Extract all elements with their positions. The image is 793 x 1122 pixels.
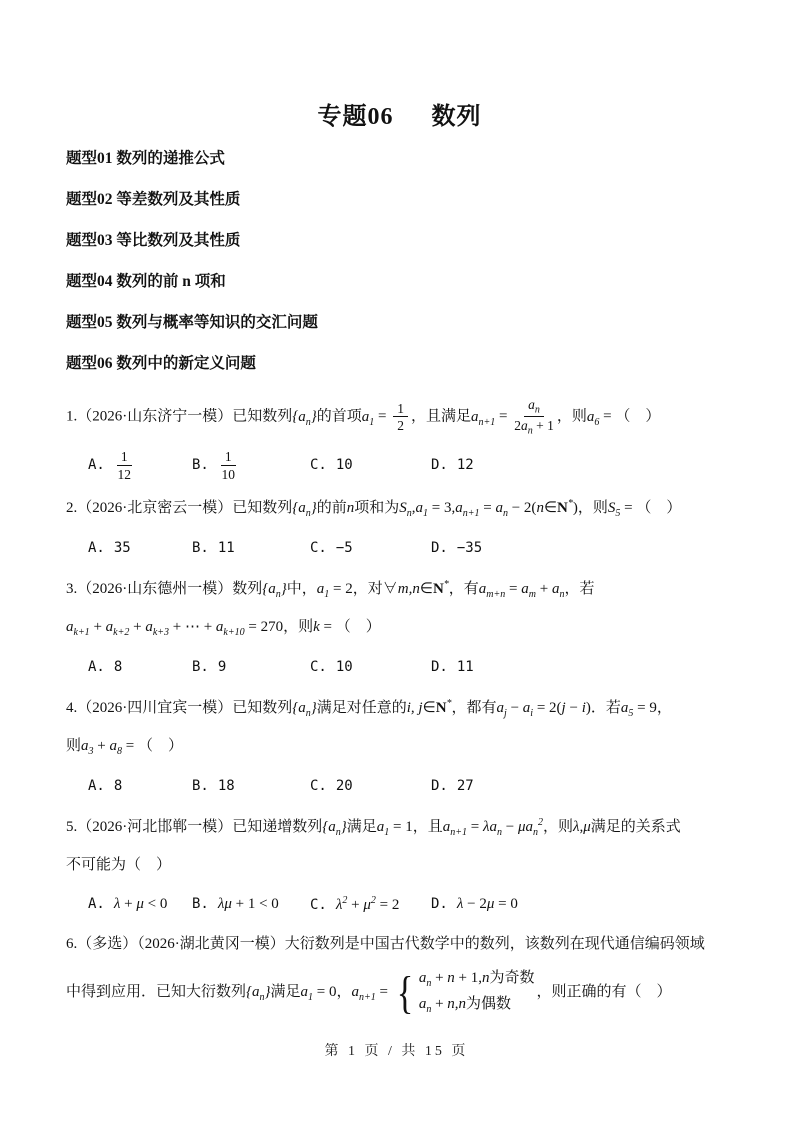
question-5-option-b: B.λμ + 1 < 0 [192, 896, 310, 913]
math-subscripted: an+1 [455, 500, 479, 516]
math-num: = 3, [428, 500, 455, 516]
text-run: 中得到应用．已知大衍数列 [66, 984, 246, 1000]
text-run: ，则 [578, 500, 608, 516]
option-label: A. [88, 457, 105, 473]
text-run: 不可能为（ ） [66, 857, 171, 873]
option-label: B. [192, 778, 209, 794]
math-subscripted: an [419, 996, 432, 1012]
question-4-option-c: C.20 [310, 778, 431, 795]
math-num: + [90, 619, 106, 635]
math-num: = [122, 738, 138, 754]
question-3-line-2: ak+1 + ak+2 + ak+3 + ⋯ + ak+10 = 270，则k … [66, 615, 733, 642]
math-num: = [505, 581, 521, 597]
option-value: 10 [336, 457, 353, 473]
text-run: ，且 [413, 819, 443, 835]
option-label: B. [192, 540, 209, 556]
question-1-line-1: 1.（2026·山东济宁一模）已知数列{an}的首项a1 = 12，且满足an+… [66, 397, 733, 437]
text-run: ，对 [353, 581, 383, 597]
math-num: + [431, 970, 447, 986]
option-number: 18 [218, 778, 235, 794]
math-num: + [94, 738, 110, 754]
text-run: 5.（2026·河北邯郸一模）已知递增数列 [66, 819, 322, 835]
math-num: − [566, 700, 582, 716]
section-heading-06: 题型06 数列中的新定义问题 [66, 356, 733, 372]
option-number: 8 [114, 659, 122, 675]
question-3-line-1: 3.（2026·山东德州一模）数列{an}中，a1 = 2，对∀m,n∈N*，有… [66, 577, 733, 604]
math-num: 2 [397, 418, 404, 433]
question-2-option-b: B.11 [192, 540, 310, 557]
option-number: 10 [336, 659, 353, 675]
option-value: 8 [114, 659, 122, 675]
math-subscripted: an [495, 500, 508, 516]
math-var: m,n [398, 581, 420, 597]
math-fraction: 112 [117, 449, 132, 482]
section-heading-02: 题型02 等差数列及其性质 [66, 192, 733, 208]
math-var: λμ [218, 896, 232, 912]
text-run: （ ） [138, 738, 183, 754]
math-subscripted: an [298, 700, 311, 716]
math-subscripted: am [521, 581, 536, 597]
math-fraction: 12 [393, 401, 408, 434]
math-num: ∀ [383, 581, 398, 597]
math-fraction: an2an + 1 [514, 397, 554, 437]
option-number: 20 [336, 778, 353, 794]
text-run: （ ） [615, 409, 660, 425]
option-label: B. [192, 457, 209, 473]
math-var: n [459, 996, 467, 1012]
question-6: 6.（多选）（2026·湖北黄冈一模）大衍数列是中国古代数学中的数列，该数列在现… [66, 932, 733, 1016]
math-subscripted: an [298, 500, 311, 516]
math-subscripted: ak+3 [145, 619, 169, 635]
math-num: = 9 [633, 700, 656, 716]
text-run: 则 [66, 738, 81, 754]
option-value: 11 [457, 659, 474, 675]
section-list: 题型01 数列的递推公式 题型02 等差数列及其性质 题型03 等比数列及其性质… [66, 151, 733, 372]
math-var: k [313, 619, 320, 635]
math-subscripted: μ2 [363, 897, 376, 913]
text-run: 4.（2026·四川宜宾一模）已知数列 [66, 700, 292, 716]
math-subscripted: an+1 [471, 409, 495, 425]
math-subscripted: λ2 [336, 897, 348, 913]
option-label: C. [310, 540, 327, 556]
option-number: 27 [457, 778, 474, 794]
option-number: 9 [218, 659, 226, 675]
question-4-option-a: A.8 [88, 778, 192, 795]
title-subject: 数列 [432, 104, 482, 130]
math-num: 10 [221, 467, 235, 482]
text-run: 6.（多选）（2026·湖北黄冈一模）大衍数列是中国古代数学中的数列，该数列在现… [66, 936, 705, 952]
math-subscripted: an [328, 819, 341, 835]
math-num: − 2( [508, 500, 536, 516]
math-subscripted: ai [523, 700, 533, 716]
option-value: λμ + 1 < 0 [218, 896, 279, 912]
option-number: 35 [114, 540, 131, 556]
question-6-line-2: 中得到应用．已知大衍数列{an}满足a1 = 0，an+1 = {an + n … [66, 969, 733, 1016]
math-subscripted: N* [436, 700, 452, 716]
question-5: 5.（2026·河北邯郸一模）已知递增数列{an}满足a1 = 1，且an+1 … [66, 815, 733, 918]
option-number: 8 [114, 778, 122, 794]
math-subscripted: an [252, 984, 265, 1000]
math-num: 1 [397, 401, 404, 416]
option-number: 10 [336, 457, 353, 473]
option-value: 11 [218, 540, 235, 556]
option-value: λ2 + μ2 = 2 [336, 897, 399, 913]
text-run: ，则正确的有（ ） [537, 984, 672, 1000]
math-num: = 0 [494, 896, 517, 912]
text-run: 项和为 [354, 500, 399, 516]
option-value: −35 [457, 540, 482, 556]
math-subscripted: a1 [362, 409, 375, 425]
text-run: ，有 [449, 581, 479, 597]
math-subscripted: a1 [377, 819, 390, 835]
math-subscripted: an [489, 819, 502, 835]
math-num: = 2( [533, 700, 561, 716]
math-var: λ,μ [573, 819, 591, 835]
math-subscripted: aj [497, 700, 507, 716]
math-num: + 1 < 0 [232, 896, 279, 912]
math-subscripted: an [552, 581, 565, 597]
text-run: ，则 [283, 619, 313, 635]
option-value: 8 [114, 778, 122, 794]
question-1-options: A.112 B.110 C.10 D.12 [66, 449, 733, 482]
math-num: = [376, 984, 392, 1000]
math-subscripted: Sn [399, 500, 412, 516]
math-subscripted: a6 [587, 409, 600, 425]
option-value: 27 [457, 778, 474, 794]
math-subscripted: a3 [81, 738, 94, 754]
math-num: + [347, 897, 363, 913]
text-run: 为奇数 [490, 970, 535, 986]
math-num: = [374, 409, 390, 425]
question-5-line-2: 不可能为（ ） [66, 853, 733, 878]
text-run: 满足 [271, 984, 301, 1000]
math-num: = [480, 500, 496, 516]
option-number: −5 [336, 540, 353, 556]
option-value: 112 [114, 457, 135, 473]
option-value: λ + μ < 0 [114, 896, 167, 912]
question-5-line-1: 5.（2026·河北邯郸一模）已知递增数列{an}满足a1 = 1，且an+1 … [66, 815, 733, 842]
math-subscripted: an [268, 581, 281, 597]
math-var: n [447, 996, 455, 1012]
math-subscripted: N* [557, 500, 573, 516]
question-5-options: A.λ + μ < 0 B.λμ + 1 < 0 C.λ2 + μ2 = 2 D… [66, 890, 733, 918]
page-footer: 第 1 页 / 共 15 页 [0, 1040, 793, 1060]
option-number: 12 [457, 457, 474, 473]
math-subscripted: an [528, 397, 540, 412]
option-label: A. [88, 540, 105, 556]
math-subscripted: S5 [608, 500, 621, 516]
math-var: μ [136, 896, 144, 912]
math-num: ∈ [544, 500, 557, 516]
math-num: = 1 [389, 819, 412, 835]
question-1-option-d: D.12 [431, 457, 733, 474]
math-num: = [320, 619, 336, 635]
math-num: = 270 [245, 619, 283, 635]
question-5-option-d: D.λ − 2μ = 0 [431, 896, 733, 913]
math-num: = 2 [329, 581, 352, 597]
math-num: 1 [121, 449, 128, 464]
option-value: λ − 2μ = 0 [457, 896, 518, 912]
question-4-option-d: D.27 [431, 778, 733, 795]
question-3-option-a: A.8 [88, 659, 192, 676]
text-run: ．若 [591, 700, 621, 716]
option-label: B. [192, 659, 209, 675]
math-num: − [507, 700, 523, 716]
math-num: + [129, 619, 145, 635]
option-label: D. [431, 540, 448, 556]
title-topic: 专题06 [318, 104, 394, 130]
question-1: 1.（2026·山东济宁一模）已知数列{an}的首项a1 = 12，且满足an+… [66, 397, 733, 482]
math-subscripted: N* [433, 581, 449, 597]
math-num: < 0 [144, 896, 167, 912]
math-subscripted: ak+1 [66, 619, 90, 635]
question-3-option-c: C.10 [310, 659, 431, 676]
question-4: 4.（2026·四川宜宾一模）已知数列{an}满足对任意的i, j∈N*，都有a… [66, 696, 733, 801]
math-var: n [482, 970, 490, 986]
question-5-option-c: C.λ2 + μ2 = 2 [310, 895, 431, 914]
text-run: 2.（2026·北京密云一模）已知数列 [66, 500, 292, 516]
option-number: −35 [457, 540, 482, 556]
question-4-options: A.8 B.18 C.20 D.27 [66, 773, 733, 801]
document-page: 专题06数列 题型01 数列的递推公式 题型02 等差数列及其性质 题型03 等… [0, 0, 793, 1122]
option-value: 12 [457, 457, 474, 473]
option-value: 35 [114, 540, 131, 556]
math-num: = [467, 819, 483, 835]
question-4-line-1: 4.（2026·四川宜宾一模）已知数列{an}满足对任意的i, j∈N*，都有a… [66, 696, 733, 723]
math-num: = [620, 500, 636, 516]
question-3-option-b: B.9 [192, 659, 310, 676]
text-run: 的首项 [317, 409, 362, 425]
option-value: 20 [336, 778, 353, 794]
text-run: 为偶数 [466, 996, 511, 1012]
question-6-line-1: 6.（多选）（2026·湖北黄冈一模）大衍数列是中国古代数学中的数列，该数列在现… [66, 932, 733, 957]
option-label: C. [310, 778, 327, 794]
text-run: ，则 [557, 409, 587, 425]
option-value: 18 [218, 778, 235, 794]
text-run: ，都有 [452, 700, 497, 716]
option-label: D. [431, 659, 448, 675]
math-num: = [495, 409, 511, 425]
option-label: A. [88, 778, 105, 794]
math-subscripted: ak+2 [106, 619, 130, 635]
option-number: 11 [218, 540, 235, 556]
math-var: i, j [407, 700, 423, 716]
math-num: + 1, [455, 970, 482, 986]
math-num: + [431, 996, 447, 1012]
question-2: 2.（2026·北京密云一模）已知数列{an}的前n项和为Sn,a1 = 3,a… [66, 496, 733, 563]
math-num: = 0 [313, 984, 336, 1000]
math-num: + [120, 896, 136, 912]
math-num: − 2 [463, 896, 486, 912]
text-run: 中， [287, 581, 317, 597]
section-heading-03: 题型03 等比数列及其性质 [66, 233, 733, 249]
math-subscripted: an [521, 418, 533, 433]
option-value: 9 [218, 659, 226, 675]
question-3: 3.（2026·山东德州一模）数列{an}中，a1 = 2，对∀m,n∈N*，有… [66, 577, 733, 682]
option-value: 10 [336, 659, 353, 675]
question-3-option-d: D.11 [431, 659, 733, 676]
math-num: + 1 [533, 418, 554, 433]
math-num: = 2 [376, 897, 399, 913]
math-subscripted: an2 [525, 819, 543, 835]
math-subscripted: a1 [416, 500, 429, 516]
math-subscripted: an+1 [352, 984, 376, 1000]
text-run: 1.（2026·山东济宁一模）已知数列 [66, 409, 292, 425]
question-2-option-a: A.35 [88, 540, 192, 557]
math-subscripted: a1 [301, 984, 314, 1000]
option-label: D. [431, 778, 448, 794]
question-1-option-a: A.112 [88, 449, 192, 482]
math-num: 1 [225, 449, 232, 464]
math-subscripted: an+1 [443, 819, 467, 835]
math-subscripted: an [298, 409, 311, 425]
math-num: + ⋯ + [169, 619, 216, 635]
math-var: n [447, 970, 455, 986]
question-1-option-b: B.110 [192, 449, 310, 482]
option-label: B. [192, 896, 209, 912]
math-subscripted: a1 [317, 581, 330, 597]
option-label: A. [88, 659, 105, 675]
math-num: + [536, 581, 552, 597]
math-fraction: 110 [221, 449, 236, 482]
math-subscripted: am+n [479, 581, 505, 597]
question-2-line-1: 2.（2026·北京密云一模）已知数列{an}的前n项和为Sn,a1 = 3,a… [66, 496, 733, 523]
text-run: 满足对任意的 [317, 700, 407, 716]
text-run: ，且满足 [411, 409, 471, 425]
text-run: 的前 [317, 500, 347, 516]
section-heading-04: 题型04 数列的前 n 项和 [66, 274, 733, 290]
math-num: ∈ [423, 700, 436, 716]
option-label: D. [431, 896, 448, 912]
math-num: 2 [514, 418, 521, 433]
text-run: ， [337, 984, 352, 1000]
section-heading-01: 题型01 数列的递推公式 [66, 151, 733, 167]
question-2-option-d: D.−35 [431, 540, 733, 557]
option-value: −5 [336, 540, 353, 556]
section-heading-05: 题型05 数列与概率等知识的交汇问题 [66, 315, 733, 331]
option-label: C. [310, 897, 327, 913]
question-4-option-b: B.18 [192, 778, 310, 795]
math-num: = [599, 409, 615, 425]
text-run: ，则 [543, 819, 573, 835]
math-num: 12 [117, 467, 131, 482]
option-label: A. [88, 896, 105, 912]
math-subscripted: an [419, 970, 432, 986]
question-1-option-c: C.10 [310, 457, 431, 474]
text-run: （ ） [336, 619, 381, 635]
text-run: ，若 [564, 581, 594, 597]
option-label: C. [310, 457, 327, 473]
option-label: D. [431, 457, 448, 473]
question-5-option-a: A.λ + μ < 0 [88, 896, 192, 913]
math-subscripted: a5 [621, 700, 634, 716]
math-num: − [502, 819, 518, 835]
text-run: ， [657, 700, 672, 716]
option-number: 11 [457, 659, 474, 675]
text-run: 满足的关系式 [591, 819, 681, 835]
question-4-line-2: 则a3 + a8 = （ ） [66, 734, 733, 761]
question-2-option-c: C.−5 [310, 540, 431, 557]
text-run: 满足 [347, 819, 377, 835]
math-num: ∈ [420, 581, 433, 597]
question-2-options: A.35 B.11 C.−5 D.−35 [66, 535, 733, 563]
math-var: n [536, 500, 544, 516]
math-cases: {an + n + 1,n为奇数an + n,n为偶数 [394, 969, 535, 1016]
page-title: 专题06数列 [66, 96, 733, 131]
option-label: C. [310, 659, 327, 675]
text-run: （ ） [636, 500, 681, 516]
question-3-options: A.8 B.9 C.10 D.11 [66, 654, 733, 682]
text-run: 3.（2026·山东德州一模）数列 [66, 581, 262, 597]
math-subscripted: ak+10 [216, 619, 245, 635]
option-value: 110 [218, 457, 239, 473]
math-subscripted: a8 [109, 738, 122, 754]
